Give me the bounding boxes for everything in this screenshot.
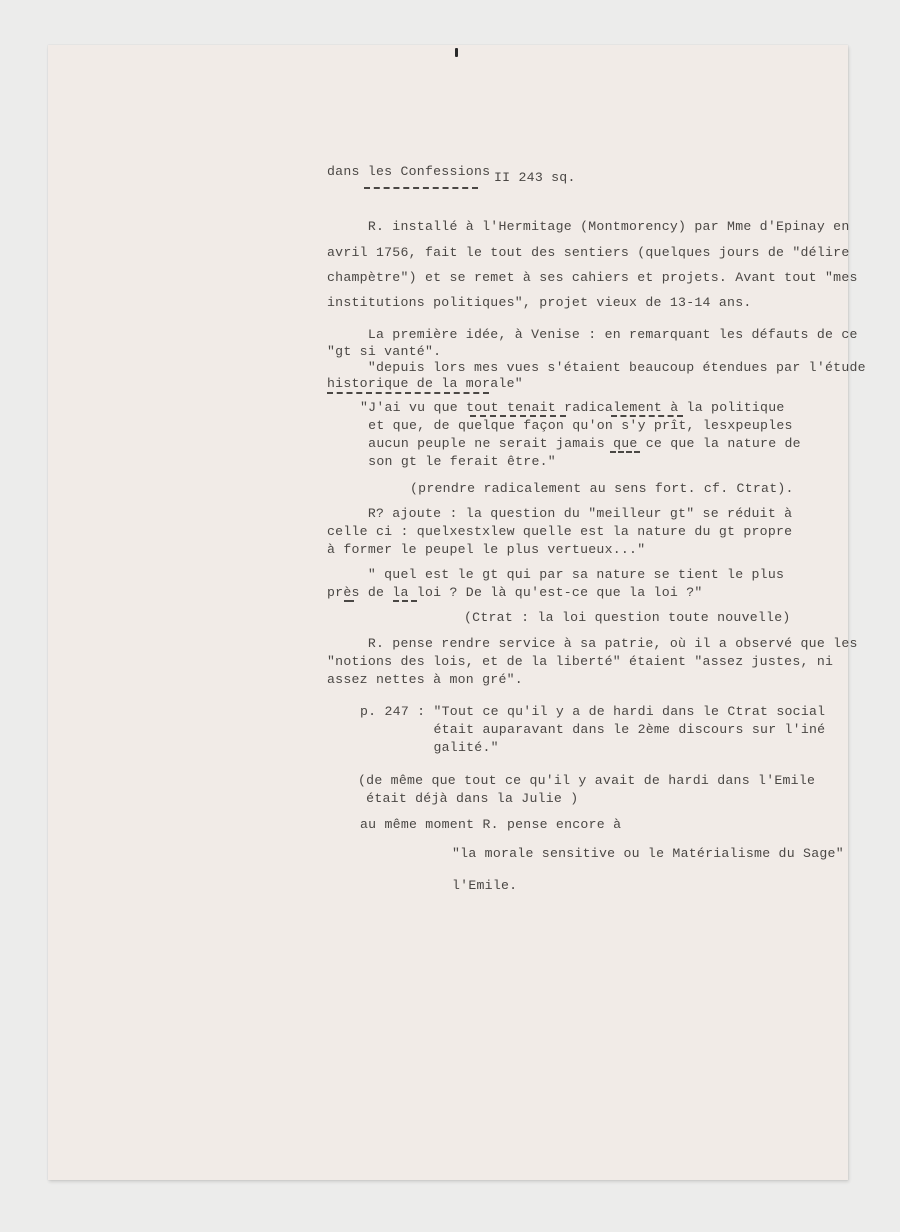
p3-line-2: celle ci : quelxestxlew quelle est la na… <box>327 523 792 541</box>
p5-line-2: "notions des lois, et de la liberté" éta… <box>327 653 833 671</box>
p5-line-1: R. pense rendre service à sa patrie, où … <box>327 635 858 653</box>
p2-line-4: historique de la morale" <box>327 375 523 393</box>
p10: l'Emile. <box>452 877 517 895</box>
p9: "la morale sensitive ou le Matérialisme … <box>452 845 844 863</box>
header-title: les Confessions <box>368 164 490 179</box>
header-prefix: dans <box>327 164 368 179</box>
p1-line-3: champètre") et se remet à ses cahiers et… <box>327 269 858 287</box>
note2: (Ctrat : la loi question toute nouvelle) <box>464 609 791 627</box>
p6-line-3: galité." <box>360 739 499 757</box>
p4-line-1: " quel est le gt qui par sa nature se ti… <box>327 566 784 584</box>
p6-line-1: p. 247 : "Tout ce qu'il y a de hardi dan… <box>360 703 825 721</box>
typewritten-page: dans les Confessions II 243 sq. R. insta… <box>48 45 848 1180</box>
header-line: dans les Confessions <box>327 163 490 181</box>
p5-line-3: assez nettes à mon gré". <box>327 671 523 689</box>
p8: au même moment R. pense encore à <box>360 816 621 834</box>
p3-line-3: à former le peupel le plus vertueux..." <box>327 541 645 559</box>
header-title-underline <box>364 187 478 191</box>
p2-line-1: La première idée, à Venise : en remarqua… <box>327 326 858 344</box>
underline-que <box>610 451 640 455</box>
p2-underline <box>327 392 489 396</box>
underline-loi <box>393 600 417 604</box>
note1: (prendre radicalement au sens fort. cf. … <box>410 480 794 498</box>
quote1-line-4: son gt le ferait être." <box>360 453 556 471</box>
quote1-line-3: aucun peuple ne serait jamais que ce que… <box>360 435 801 453</box>
quote1-line-2: et que, de quelque façon qu'on s'y prît,… <box>360 417 793 435</box>
p4-line-2: près de la loi ? De là qu'est-ce que la … <box>327 584 703 602</box>
p3-line-1: R? ajoute : la question du "meilleur gt"… <box>327 505 792 523</box>
header-reference: II 243 sq. <box>494 169 576 187</box>
p1-line-2: avril 1756, fait le tout des sentiers (q… <box>327 244 849 262</box>
staple-mark <box>455 48 458 57</box>
p7-line-1: (de même que tout ce qu'il y avait de ha… <box>358 772 815 790</box>
underline-pres <box>344 600 354 604</box>
quote1-line-1: "J'ai vu que tout tenait radicalement à … <box>360 399 785 417</box>
p1-line-1: R. installé à l'Hermitage (Montmorency) … <box>327 218 849 236</box>
p6-line-2: était auparavant dans le 2ème discours s… <box>360 721 825 739</box>
p7-line-2: était déjà dans la Julie ) <box>358 790 578 808</box>
p1-line-4: institutions politiques", projet vieux d… <box>327 294 752 312</box>
